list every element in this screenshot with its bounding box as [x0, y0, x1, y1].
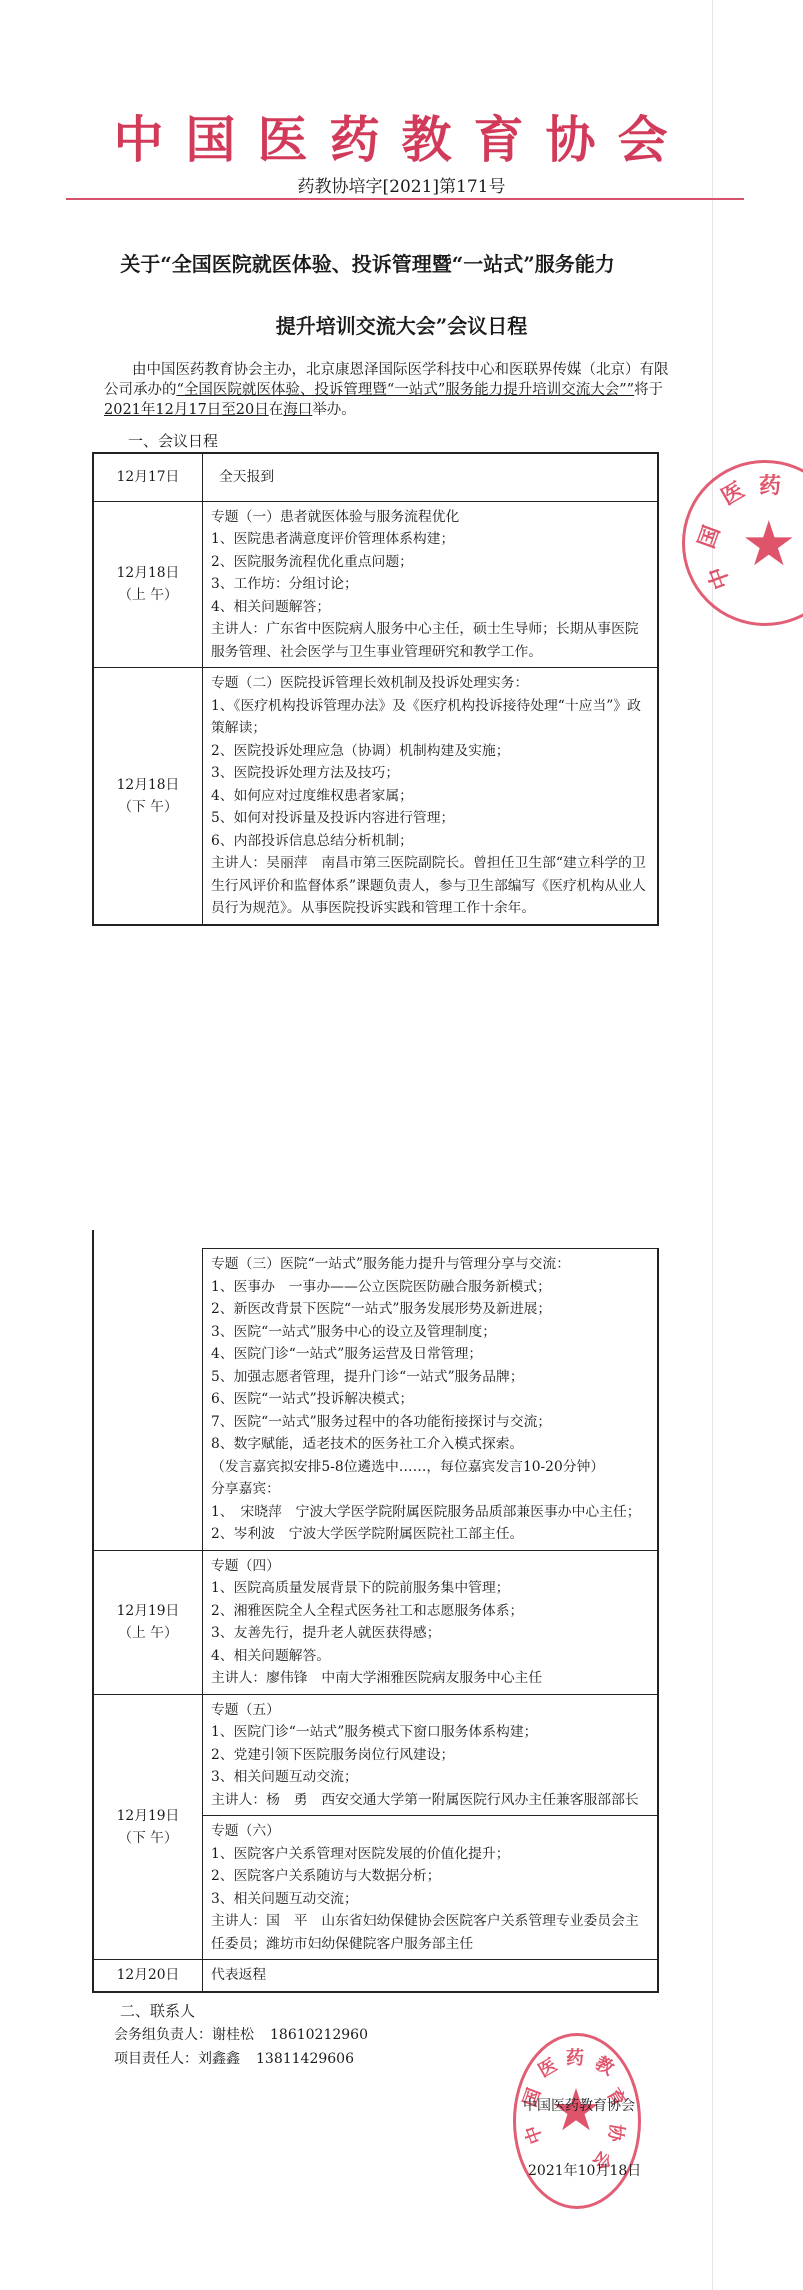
table-row: 12月19日 （上 午） 专题（四） 1、医院高质量发展背景下的院前服务集中管理…: [93, 1550, 658, 1694]
contact-phone: 18610212960: [270, 2027, 368, 2043]
table-row: 12月19日 （下 午） 专题（五） 1、医院门诊“一站式”服务模式下窗口服务体…: [93, 1694, 658, 1816]
seal-text: 协: [603, 2122, 632, 2144]
agenda-line: 1、《医疗机构投诉管理办法》及《医疗机构投诉接待处理“十应当”》政策解读；: [211, 695, 651, 740]
topic-title: 专题（六）: [211, 1820, 651, 1843]
agenda-line: 全天报到: [219, 469, 274, 485]
agenda-line: 3、工作坊：分组讨论；: [211, 573, 651, 596]
period-label: （下 午）: [95, 796, 201, 818]
agenda-line: 3、友善先行，提升老人就医获得感；: [211, 1622, 651, 1645]
contact-row: 项目责任人：刘鑫鑫13811429606: [114, 2048, 354, 2068]
seal-text: 药: [759, 469, 781, 500]
contact-name: 刘鑫鑫: [198, 2051, 240, 2067]
seal-text: 中: [518, 2122, 549, 2148]
section-heading-schedule: 一、会议日程: [128, 430, 218, 451]
agenda-line: 4、相关问题解答；: [211, 596, 651, 619]
stamp-clip-top: 医 药 国 中 ★: [682, 452, 803, 692]
table-row: 12月18日 （上 午） 专题（一）患者就医体验与服务流程优化 1、医院患者满意…: [93, 501, 658, 668]
agenda-line: 1、医院高质量发展背景下的院前服务集中管理；: [211, 1577, 651, 1600]
intro-dates: 2021年12月17日至20日: [104, 402, 269, 418]
agenda-line: 6、内部投诉信息总结分析机制；: [211, 830, 651, 853]
period-label: （上 午）: [95, 584, 201, 606]
table-row: 12月17日 全天报到: [93, 453, 658, 501]
agenda-note: （发言嘉宾拟安排5-8位遴选中……，每位嘉宾发言10-20分钟）: [211, 1456, 651, 1479]
content-cell: 专题（四） 1、医院高质量发展背景下的院前服务集中管理； 2、湘雅医院全人全程式…: [203, 1550, 659, 1694]
topic-title: 专题（一）患者就医体验与服务流程优化: [211, 506, 651, 529]
table-left-border-continuation: [92, 1230, 94, 1250]
schedule-table-page-2: 专题（三）医院“一站式”服务能力提升与管理分享与交流： 1、医事办 一事办——公…: [92, 1248, 659, 1993]
official-seal-top: 医 药 国 中 ★: [682, 460, 803, 626]
agenda-line: 2、湘雅医院全人全程式医务社工和志愿服务体系；: [211, 1600, 651, 1623]
period-label: （上 午）: [95, 1622, 201, 1644]
seal-text: 中: [700, 563, 737, 594]
speaker-line: 主讲人：廖伟锋 中南大学湘雅医院病友服务中心主任: [211, 1667, 651, 1690]
agenda-line: 5、如何对投诉量及投诉内容进行管理；: [211, 807, 651, 830]
table-row: 12月20日 代表返程: [93, 1960, 658, 1992]
topic-title: 专题（四）: [211, 1555, 651, 1578]
date-cell: 12月18日 （上 午）: [93, 501, 203, 668]
signature-org: 中国医药教育协会: [523, 2095, 635, 2115]
speaker-line: 主讲人：杨 勇 西安交通大学第一附属医院行风办主任兼客服部部长: [211, 1789, 651, 1812]
period-label: （下 午）: [95, 1827, 201, 1849]
agenda-line: 6、医院“一站式”投诉解决模式；: [211, 1388, 651, 1411]
agenda-line: 1、医院患者满意度评价管理体系构建；: [211, 528, 651, 551]
date-cell: [93, 1249, 203, 1551]
schedule-table-page-1: 12月17日 全天报到 12月18日 （上 午） 专题（一）患者就医体验与服务流…: [92, 452, 659, 926]
agenda-line: 7、医院“一站式”服务过程中的各功能衔接探讨与交流；: [211, 1411, 651, 1434]
date-label: 12月18日: [95, 562, 201, 584]
topic-title: 专题（五）: [211, 1699, 651, 1722]
intro-location: 海口: [283, 402, 312, 418]
seal-text: 国: [690, 521, 727, 552]
agenda-line: 2、医院客户关系随访与大数据分析；: [211, 1865, 651, 1888]
content-cell: 专题（三）医院“一站式”服务能力提升与管理分享与交流： 1、医事办 一事办——公…: [203, 1249, 659, 1551]
date-label: 12月20日: [117, 1967, 180, 1983]
agenda-line: 3、相关问题互动交流；: [211, 1766, 651, 1789]
agenda-line: 1、医事办 一事办——公立医院医防融合服务新模式；: [211, 1276, 651, 1299]
date-cell: 12月20日: [93, 1960, 203, 1992]
date-cell: 12月17日: [93, 453, 203, 501]
section-heading-contacts: 二、联系人: [120, 2000, 195, 2021]
signature-date: 2021年10月18日: [528, 2160, 641, 2180]
letterhead-org-name: 中国医药教育协会: [0, 100, 803, 172]
page-edge-line: [712, 0, 713, 2290]
contact-row: 会务组负责人：谢桂松18610212960: [114, 2024, 368, 2044]
agenda-line: 2、党建引领下医院服务岗位行风建设；: [211, 1744, 651, 1767]
speaker-line: 主讲人：吴丽萍 南昌市第三医院副院长。曾担任卫生部“建立科学的卫生行风评价和监督…: [211, 852, 651, 920]
agenda-line: 5、加强志愿者管理，提升门诊“一站式”服务品牌；: [211, 1366, 651, 1389]
agenda-line: 4、相关问题解答。: [211, 1645, 651, 1668]
content-cell: 专题（五） 1、医院门诊“一站式”服务模式下窗口服务体系构建； 2、党建引领下医…: [203, 1694, 659, 1816]
letterhead-divider: [66, 198, 744, 200]
agenda-line: 4、医院门诊“一站式”服务运营及日常管理；: [211, 1343, 651, 1366]
content-cell: 代表返程: [203, 1960, 659, 1992]
content-cell: 专题（一）患者就医体验与服务流程优化 1、医院患者满意度评价管理体系构建； 2、…: [203, 501, 659, 668]
agenda-line: 3、相关问题互动交流；: [211, 1888, 651, 1911]
document-title-line-2: 提升培训交流大会”会议日程: [0, 310, 803, 339]
date-cell: 12月19日 （上 午）: [93, 1550, 203, 1694]
seal-text: 医: [715, 474, 750, 512]
speaker-line: 主讲人：广东省中医院病人服务中心主任，硕士生导师；长期从事医院服务管理、社会医学…: [211, 618, 651, 663]
content-cell: 全天报到: [203, 453, 659, 501]
content-cell: 专题（二）医院投诉管理长效机制及投诉处理实务： 1、《医疗机构投诉管理办法》及《…: [203, 668, 659, 925]
date-cell: 12月18日 （下 午）: [93, 668, 203, 925]
date-label: 12月18日: [95, 774, 201, 796]
document-number: 药教协培字[2021]第171号: [0, 172, 803, 197]
agenda-line: 2、新医改背景下医院“一站式”服务发展形势及新进展；: [211, 1298, 651, 1321]
intro-paragraph: 由中国医药教育协会主办，北京康恩泽国际医学科技中心和医联界传媒（北京）有限公司承…: [104, 360, 669, 420]
intro-event-name: “全国医院就医体验、投诉管理暨“一站式”服务能力提升培训交流大会””: [177, 382, 635, 398]
date-label: 12月19日: [95, 1805, 201, 1827]
seal-text: 药: [566, 2044, 584, 2070]
seal-star-icon: ★: [741, 507, 797, 580]
agenda-line: 2、医院服务流程优化重点问题；: [211, 551, 651, 574]
agenda-line: 3、医院“一站式”服务中心的设立及管理制度；: [211, 1321, 651, 1344]
contact-role: 项目责任人：: [114, 2051, 198, 2067]
agenda-line: 代表返程: [211, 1967, 266, 1983]
intro-text-2: 将于: [634, 382, 663, 398]
agenda-line: 3、医院投诉处理方法及技巧；: [211, 762, 651, 785]
document-title-line-1: 关于“全国医院就医体验、投诉管理暨“一站式”服务能力: [0, 248, 769, 277]
date-label: 12月17日: [117, 469, 180, 485]
guest-line: 2、岑利波 宁波大学医学院附属医院社工部主任。: [211, 1523, 651, 1546]
contact-phone: 13811429606: [256, 2051, 354, 2067]
agenda-line: 4、如何应对过度维权患者家属；: [211, 785, 651, 808]
agenda-line: 2、医院投诉处理应急（协调）机制构建及实施；: [211, 740, 651, 763]
topic-title: 专题（三）医院“一站式”服务能力提升与管理分享与交流：: [211, 1253, 651, 1276]
agenda-line: 1、医院门诊“一站式”服务模式下窗口服务体系构建；: [211, 1721, 651, 1744]
official-seal-bottom: 医 药 教 育 协 会 国 中 ★: [513, 2033, 641, 2209]
agenda-line: 8、数字赋能，适老技术的医务社工介入模式探索。: [211, 1433, 651, 1456]
intro-text-4: 举办。: [312, 402, 356, 418]
content-cell: 专题（六） 1、医院客户关系管理对医院发展的价值化提升； 2、医院客户关系随访与…: [203, 1816, 659, 1960]
table-row: 专题（三）医院“一站式”服务能力提升与管理分享与交流： 1、医事办 一事办——公…: [93, 1249, 658, 1551]
speaker-line: 主讲人：国 平 山东省妇幼保健协会医院客户关系管理专业委员会主任委员；潍坊市妇幼…: [211, 1910, 651, 1955]
contact-role: 会务组负责人：: [114, 2027, 212, 2043]
date-cell: 12月19日 （下 午）: [93, 1694, 203, 1960]
guests-label: 分享嘉宾：: [211, 1478, 651, 1501]
topic-title: 专题（二）医院投诉管理长效机制及投诉处理实务：: [211, 672, 651, 695]
intro-text-3: 在: [269, 402, 284, 418]
table-row: 12月18日 （下 午） 专题（二）医院投诉管理长效机制及投诉处理实务： 1、《…: [93, 668, 658, 925]
contact-name: 谢桂松: [212, 2027, 254, 2043]
guest-line: 1、 宋晓萍 宁波大学医学院附属医院服务品质部兼医事办中心主任；: [211, 1501, 651, 1524]
agenda-line: 1、医院客户关系管理对医院发展的价值化提升；: [211, 1843, 651, 1866]
date-label: 12月19日: [95, 1600, 201, 1622]
